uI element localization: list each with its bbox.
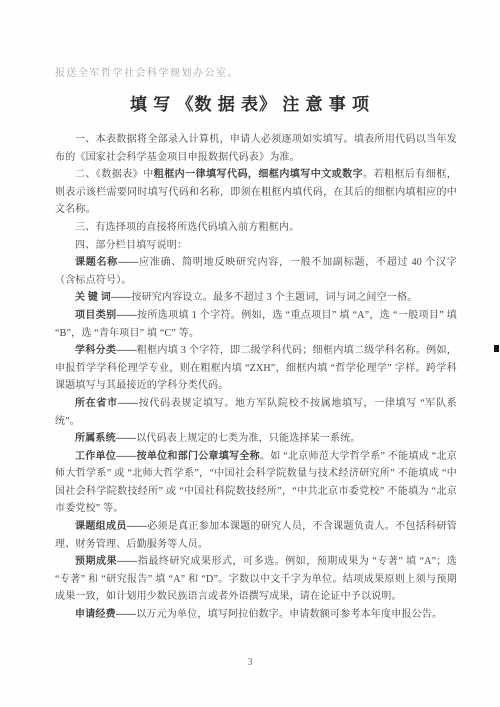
page-number: 3 (0, 657, 500, 668)
text-run: 以代码表上规定的七类为准，只能选择某一系统。 (136, 433, 360, 444)
paragraph: 一、本表数据将全部录入计算机，申请人必须逐项如实填写。填表所用代码以当年发布的《… (55, 131, 457, 166)
paragraph: 申请经费——以万元为单位，填写阿拉伯数字。申请数额可参考本年度申报公告。 (55, 606, 457, 624)
text-run: 按研究内容设立。最多不超过 3 个主题词，词与词之间空一格。 (131, 292, 417, 303)
document-body: 一、本表数据将全部录入计算机，申请人必须逐项如实填写。填表所用代码以当年发布的《… (55, 131, 457, 624)
text-run: 以万元为单位，填写阿拉伯数字。申请数额可参考本年度申报公告。 (136, 609, 442, 620)
term-bold-text: 工作单位——按单位和部门公章填写全称 (75, 451, 260, 462)
paragraph: 关 键 词——按研究内容设立。最多不超过 3 个主题词，词与词之间空一格。 (55, 289, 457, 307)
paragraph: 课题名称——应准确、简明地反映研究内容，一般不加副标题，不超过 40 个汉字（含… (55, 254, 457, 289)
paragraph: 课题组成员——必须是真正参加本课题的研究人员，不含课题负责人。不包括科研管理、财… (55, 518, 457, 553)
page-title: 填 写 《数 据 表》 注 意 事 项 (0, 90, 500, 115)
term-bold-text: 项目类别—— (75, 310, 137, 321)
header-note: 报送全军哲学社会科学规划办公室。 (55, 64, 239, 79)
term-bold-text: 粗框内一律填写代码，细框内填写中文或数字 (154, 169, 363, 180)
paragraph: 所在省市——按代码表规定填写。地方军队院校不按属地填写，一律填写 “军队系统”。 (55, 395, 457, 430)
term-bold-text: 课题名称—— (75, 257, 138, 268)
paragraph: 预期成果——指最终研究成果形式，可多选。例如，预期成果为 “专著” 填 “A”；… (55, 553, 457, 606)
term-bold-text: 所属系统—— (75, 433, 136, 444)
term-bold-text: 学科分类—— (75, 345, 137, 356)
paragraph: 学科分类——粗框内填 3 个字符，即二级学科代码；细框内填二级学科名称。例如，申… (55, 342, 457, 395)
scan-artifact-mark (494, 345, 499, 352)
paragraph: 四、部分栏目填写说明： (55, 237, 457, 255)
paragraph: 二、《数据表》中粗框内一律填写代码，细框内填写中文或数字。若粗框后有细框，则表示… (55, 166, 457, 219)
term-bold-text: 申请经费—— (75, 609, 136, 620)
paragraph: 三、有选择项的直接将所选代码填入前方粗框内。 (55, 219, 457, 237)
paragraph: 工作单位——按单位和部门公章填写全称。如 “北京师范大学哲学系” 不能填成 “北… (55, 448, 457, 518)
document-page: 报送全军哲学社会科学规划办公室。 填 写 《数 据 表》 注 意 事 项 一、本… (0, 0, 500, 707)
text-run: 三、有选择项的直接将所选代码填入前方粗框内。 (75, 222, 299, 233)
text-run: 二、《数据表》中 (75, 169, 154, 180)
paragraph: 所属系统——以代码表上规定的七类为准，只能选择某一系统。 (55, 430, 457, 448)
text-run: 四、部分栏目填写说明： (75, 240, 187, 251)
text-run: 一、本表数据将全部录入计算机，申请人必须逐项如实填写。填表所用代码以当年发布的《… (55, 134, 457, 163)
term-bold-text: 预期成果—— (75, 556, 138, 567)
term-bold-text: 关 键 词—— (75, 292, 131, 303)
paragraph: 项目类别——按所选项填 1 个字符。例如，选 “重点项目” 填 “A”，选 “一… (55, 307, 457, 342)
term-bold-text: 所在省市—— (75, 398, 138, 409)
term-bold-text: 课题组成员—— (75, 521, 147, 532)
